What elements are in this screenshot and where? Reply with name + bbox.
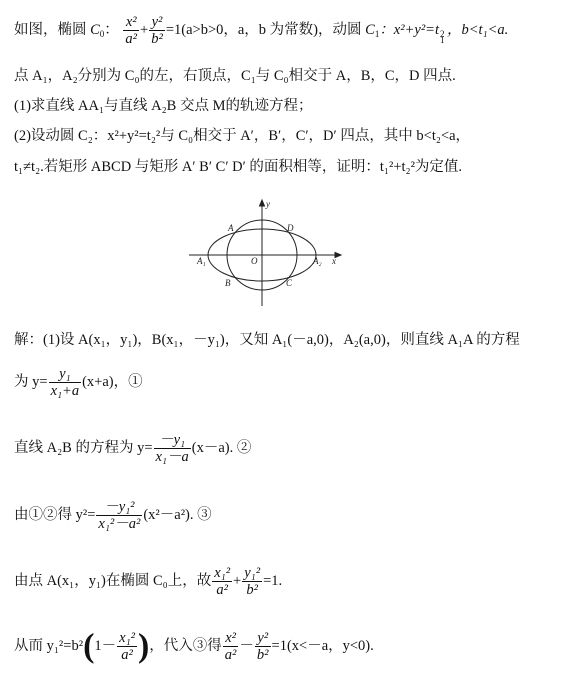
- solution-line-2: 为 y=y₁x₁+a(x+a)，①: [14, 366, 143, 399]
- label-x: x: [331, 256, 336, 266]
- minus-sign: －: [239, 638, 254, 654]
- c1-symbol: C: [365, 22, 375, 38]
- numerator: y₁: [49, 366, 82, 383]
- numerator: y₁²: [242, 565, 262, 582]
- label-a2: A₂: [312, 256, 322, 266]
- fraction: －y₁²x₁²－a²: [96, 499, 142, 532]
- c1-equation: ：x²+y²=t: [379, 22, 439, 38]
- fraction-y2-b2: y²b²: [149, 14, 165, 47]
- c0-symbol: C: [90, 22, 100, 38]
- right-paren: ): [138, 628, 149, 665]
- numerator: －y₁²: [96, 499, 142, 516]
- denominator: a²: [123, 31, 139, 47]
- denominator: x₁－a: [154, 449, 191, 465]
- text: 由①②得 y²=: [14, 507, 95, 523]
- numerator: y²: [149, 14, 165, 31]
- problem-intro: 如图，椭圆 C0： x²a²+y²b²=1(a>b>0，a，b 为常数)，动圆 …: [14, 14, 508, 47]
- label-y: y: [265, 199, 270, 209]
- denominator: b²: [255, 647, 271, 663]
- numerator: x²: [223, 630, 239, 647]
- denominator: a²: [223, 647, 239, 663]
- c1-condition: ，b<t₁<a.: [447, 22, 508, 38]
- fraction: x₁²a²: [117, 630, 137, 663]
- denominator: b²: [149, 31, 165, 47]
- left-paren: (: [83, 628, 94, 665]
- denominator: a²: [117, 647, 137, 663]
- fraction: y₁x₁+a: [49, 366, 82, 399]
- numerator: x₁²: [212, 565, 232, 582]
- text: (x+a)，①: [82, 374, 143, 390]
- label-c: C: [286, 278, 293, 288]
- subscript: 1: [440, 30, 445, 50]
- numerator: x²: [123, 14, 139, 31]
- problem-part-1: (1)求直线 AA₁与直线 A₂B 交点 M的轨迹方程；: [14, 96, 313, 116]
- label-origin: O: [251, 256, 258, 266]
- text: =1(x<－a，y<0).: [272, 638, 374, 654]
- ellipse-condition: =1(a>b>0，a，b 为常数)，动圆: [166, 22, 365, 38]
- label-a1: A₁: [196, 256, 206, 266]
- text: =1.: [263, 573, 282, 589]
- text: ，代入③得: [149, 638, 222, 654]
- text: 由点 A(x₁，y₁)在椭圆 C₀上，故: [14, 573, 211, 589]
- label-b: B: [225, 278, 231, 288]
- intro-text: 如图，椭圆: [14, 22, 90, 38]
- text: (x－a). ②: [192, 440, 252, 456]
- problem-part-2-line-2: t₁≠t₂.若矩形 ABCD 与矩形 A′ B′ C′ D′ 的面积相等，证明：…: [14, 157, 462, 177]
- numerator: －y₁: [154, 432, 191, 449]
- text: 从而 y₁²=b²: [14, 638, 83, 654]
- ellipse-circle-diagram: A D B C A₁ A₂ O x y: [185, 196, 345, 308]
- colon: ：: [104, 22, 119, 38]
- numerator: y²: [255, 630, 271, 647]
- denominator: b²: [242, 582, 262, 598]
- plus-sign: +: [140, 22, 148, 38]
- text: 1－: [94, 638, 116, 654]
- solution-line-1: 解：(1)设 A(x₁，y₁)，B(x₁，－y₁)，又知 A₁(－a,0)，A₂…: [14, 330, 520, 350]
- solution-line-4: 由①②得 y²=－y₁²x₁²－a²(x²－a²). ③: [14, 499, 212, 532]
- text: 为 y=: [14, 374, 48, 390]
- fraction: x²a²: [223, 630, 239, 663]
- label-a: A: [227, 223, 234, 233]
- text: (x²－a²). ③: [143, 507, 211, 523]
- fraction-x2-a2: x²a²: [123, 14, 139, 47]
- solution-line-6: 从而 y₁²=b²(1－x₁²a²)，代入③得x²a²－y²b²=1(x<－a，…: [14, 630, 374, 663]
- solution-line-3: 直线 A₂B 的方程为 y=－y₁x₁－a(x－a). ②: [14, 432, 251, 465]
- label-d: D: [286, 223, 294, 233]
- fraction: －y₁x₁－a: [154, 432, 191, 465]
- denominator: a²: [212, 582, 232, 598]
- text: 直线 A₂B 的方程为 y=: [14, 440, 153, 456]
- fraction: y²b²: [255, 630, 271, 663]
- plus-sign: +: [233, 573, 241, 589]
- problem-line-2: 点 A₁，A₂分别为 C₀的左，右顶点，C₁与 C₀相交于 A，B，C，D 四点…: [14, 66, 456, 86]
- denominator: x₁²－a²: [96, 516, 142, 532]
- y-axis-arrow-icon: [260, 200, 265, 206]
- problem-part-2-line-1: (2)设动圆 C₂：x²+y²=t₂²与 C₀相交于 A′，B′，C′，D′ 四…: [14, 126, 470, 146]
- fraction: x₁²a²: [212, 565, 232, 598]
- denominator: x₁+a: [49, 383, 82, 399]
- solution-line-5: 由点 A(x₁，y₁)在椭圆 C₀上，故x₁²a²+y₁²b²=1.: [14, 565, 282, 598]
- fraction: y₁²b²: [242, 565, 262, 598]
- numerator: x₁²: [117, 630, 137, 647]
